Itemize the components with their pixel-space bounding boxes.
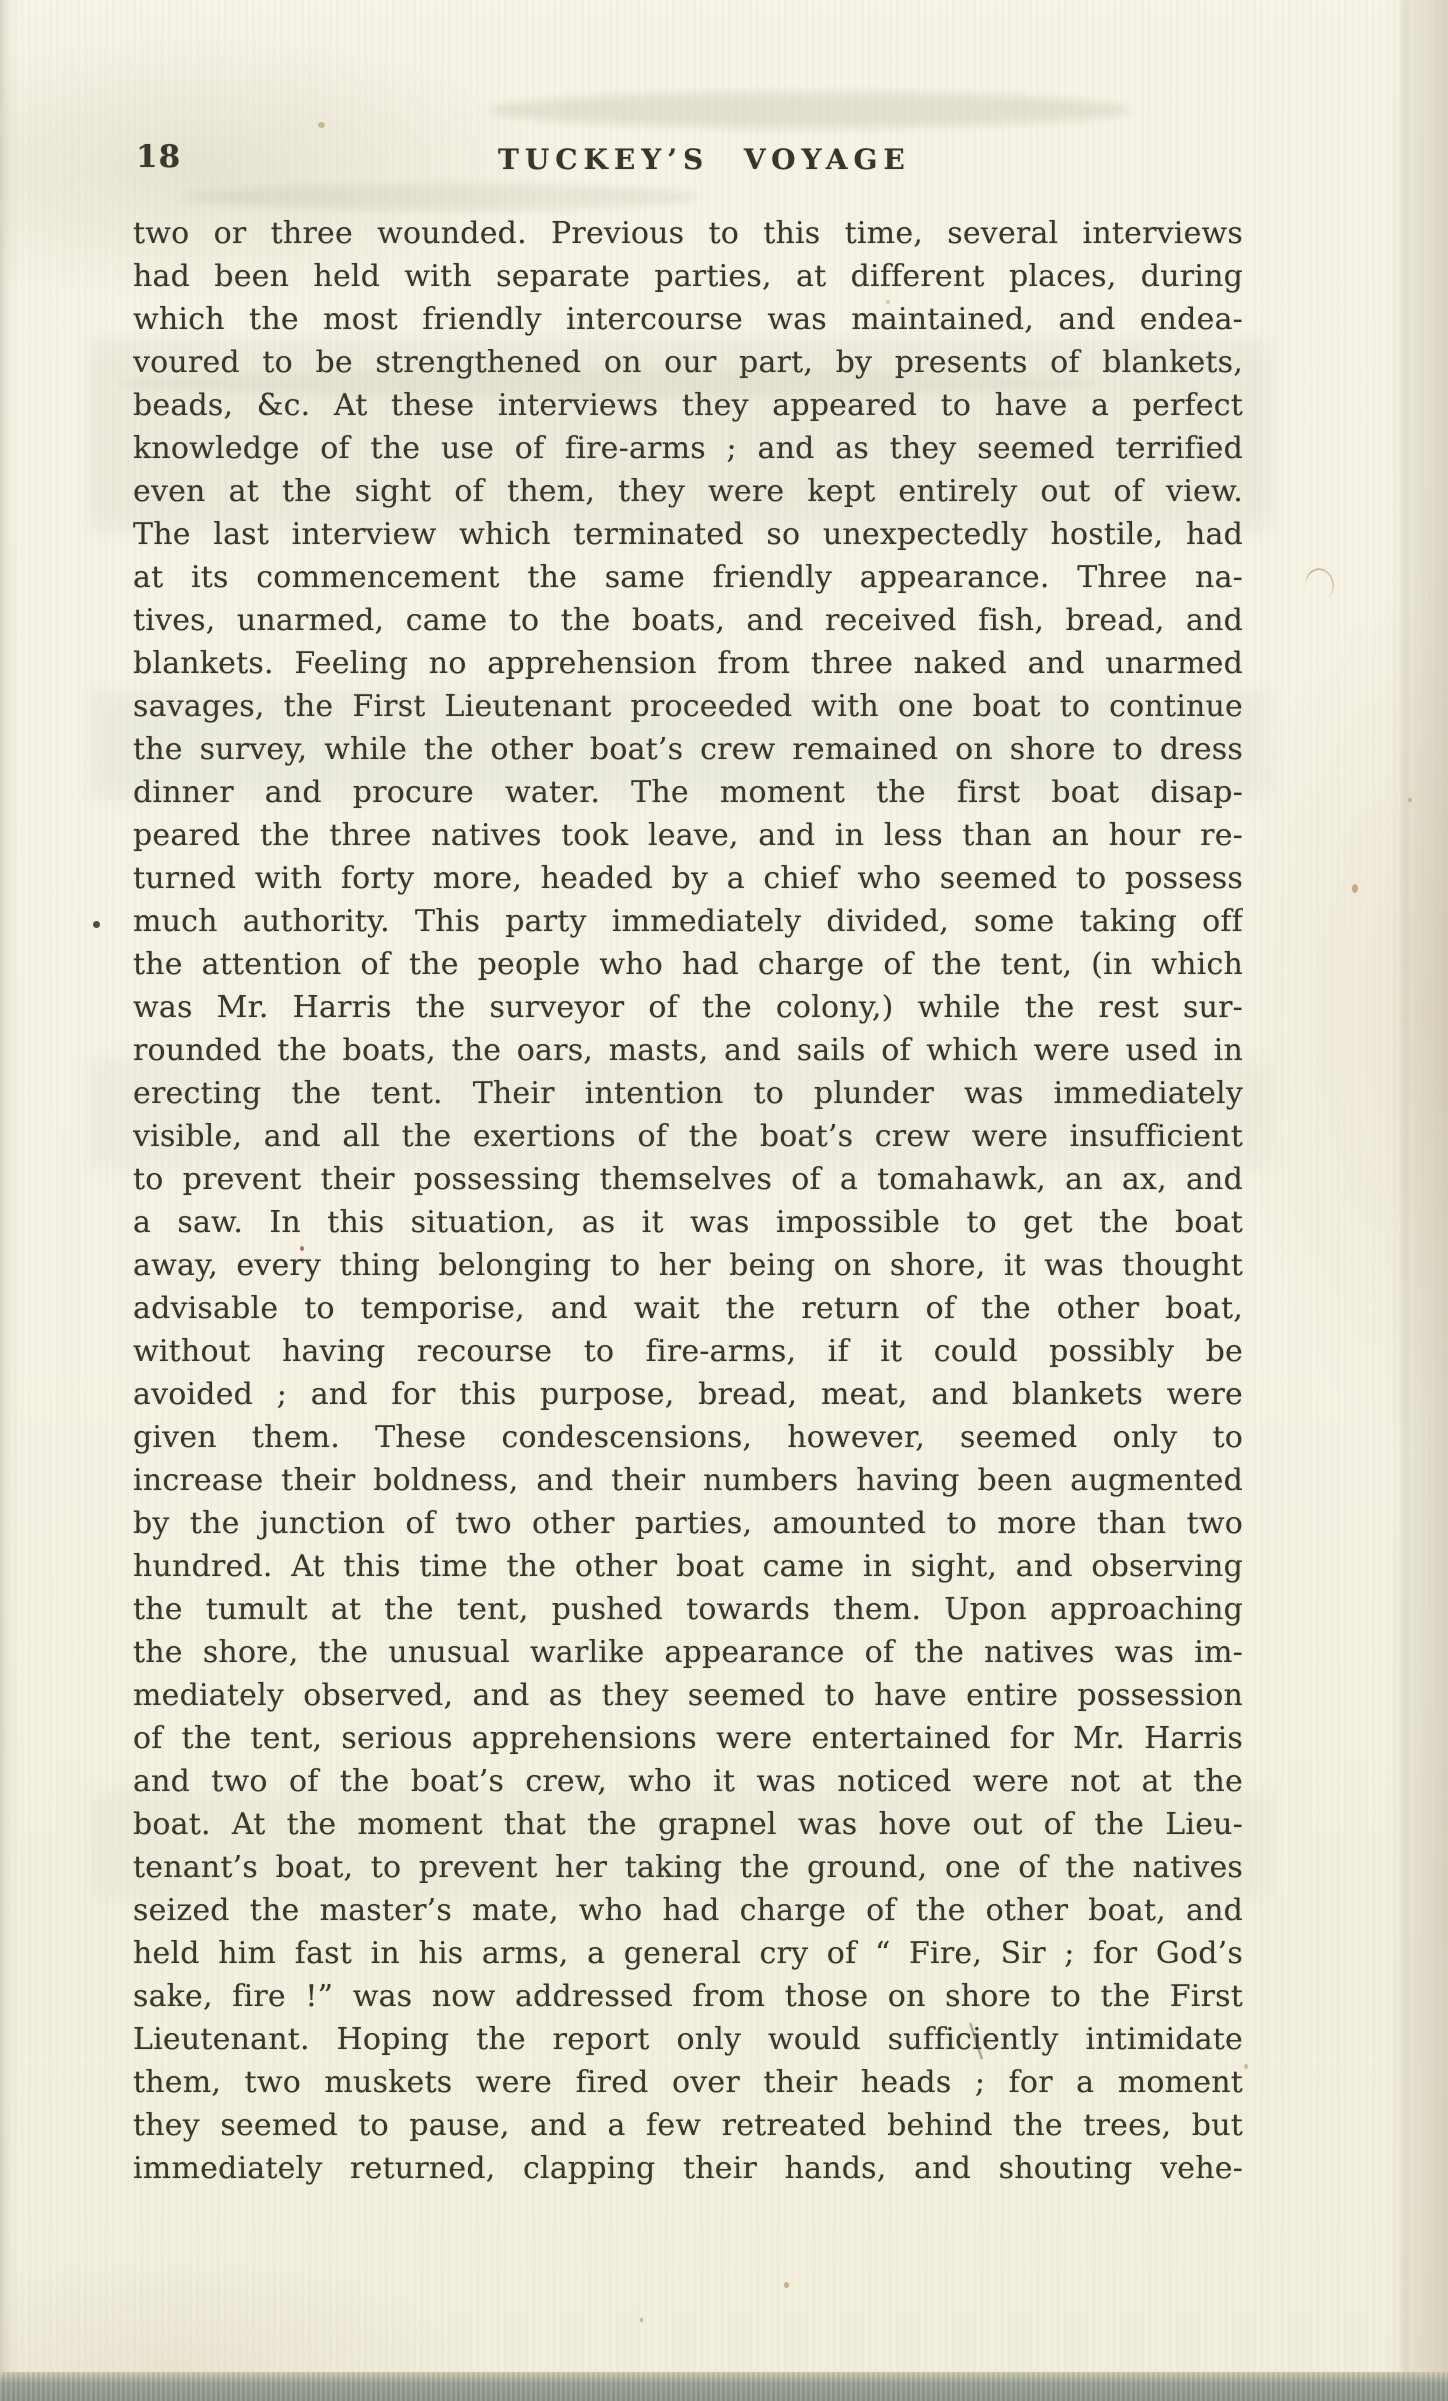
show-through-smudge [490, 92, 1130, 128]
text-line: much authority. This party immediately d… [133, 900, 1243, 943]
scanned-book-page: 18 TUCKEY’S VOYAGE two or three wounded.… [0, 0, 1448, 2401]
text-line: savages, the First Lieutenant proceeded … [133, 685, 1243, 728]
text-line: at its commencement the same friendly ap… [133, 556, 1243, 599]
text-line: advisable to temporise, and wait the ret… [133, 1287, 1243, 1330]
show-through-smudge [180, 184, 700, 210]
text-line: was Mr. Harris the surveyor of the colon… [133, 986, 1243, 1029]
text-line: to prevent their possessing themselves o… [133, 1158, 1243, 1201]
text-line: seized the master’s mate, who had charge… [133, 1889, 1243, 1932]
text-line: tives, unarmed, came to the boats, and r… [133, 599, 1243, 642]
text-line: a saw. In this situation, as it was impo… [133, 1201, 1243, 1244]
paper-speck [640, 2318, 643, 2322]
text-line: peared the three natives took leave, and… [133, 814, 1243, 857]
text-line: given them. These condescensions, howeve… [133, 1416, 1243, 1459]
text-line: and two of the boat’s crew, who it was n… [133, 1760, 1243, 1803]
text-line: immediately returned, clapping their han… [133, 2147, 1243, 2190]
text-line: blankets. Feeling no apprehension from t… [133, 642, 1243, 685]
text-line: by the junction of two other parties, am… [133, 1502, 1243, 1545]
text-line: voured to be strengthened on our part, b… [133, 341, 1243, 384]
text-line: knowledge of the use of fire-arms ; and … [133, 427, 1243, 470]
text-line: Lieutenant. Hoping the report only would… [133, 2018, 1243, 2061]
text-line: erecting the tent. Their intention to pl… [133, 1072, 1243, 1115]
text-line: avoided ; and for this purpose, bread, m… [133, 1373, 1243, 1416]
page-edge-shading [1388, 0, 1448, 2401]
scanner-bed-strip [0, 2372, 1448, 2401]
paper-speck [784, 2282, 789, 2288]
text-line: boat. At the moment that the grapnel was… [133, 1803, 1243, 1846]
text-line: hundred. At this time the other boat cam… [133, 1545, 1243, 1588]
text-line: The last interview which terminated so u… [133, 513, 1243, 556]
text-line: even at the sight of them, they were kep… [133, 470, 1243, 513]
text-line: the survey, while the other boat’s crew … [133, 728, 1243, 771]
text-line: turned with forty more, headed by a chie… [133, 857, 1243, 900]
paper-speck [1408, 798, 1412, 802]
text-line: the attention of the people who had char… [133, 943, 1243, 986]
page-number: 18 [136, 139, 181, 175]
text-line: the shore, the unusual warlike appearanc… [133, 1631, 1243, 1674]
running-title: TUCKEY’S VOYAGE [498, 143, 911, 176]
body-text: two or three wounded. Previous to this t… [133, 212, 1243, 2190]
text-line: two or three wounded. Previous to this t… [133, 212, 1243, 255]
paper-speck [1244, 2064, 1248, 2069]
text-line: of the tent, serious apprehensions were … [133, 1717, 1243, 1760]
text-line: beads, &c. At these interviews they appe… [133, 384, 1243, 427]
text-line: they seemed to pause, and a few retreate… [133, 2104, 1243, 2147]
text-line: visible, and all the exertions of the bo… [133, 1115, 1243, 1158]
text-line: tenant’s boat, to prevent her taking the… [133, 1846, 1243, 1889]
text-line: them, two muskets were fired over their … [133, 2061, 1243, 2104]
text-line: had been held with separate parties, at … [133, 255, 1243, 298]
page-crease [1404, 0, 1407, 2401]
text-line: which the most friendly intercourse was … [133, 298, 1243, 341]
paper-speck [318, 122, 325, 128]
text-line: held him fast in his arms, a general cry… [133, 1932, 1243, 1975]
text-line: without having recourse to fire-arms, if… [133, 1330, 1243, 1373]
text-line: the tumult at the tent, pushed towards t… [133, 1588, 1243, 1631]
text-line: sake, fire !” was now addressed from tho… [133, 1975, 1243, 2018]
text-line: mediately observed, and as they seemed t… [133, 1674, 1243, 1717]
text-line: dinner and procure water. The moment the… [133, 771, 1243, 814]
text-line: increase their boldness, and their numbe… [133, 1459, 1243, 1502]
text-line: away, every thing belonging to her being… [133, 1244, 1243, 1287]
paper-speck [1352, 884, 1358, 893]
ink-dot [93, 921, 100, 928]
paper-stain-curl [1301, 564, 1338, 604]
text-line: rounded the boats, the oars, masts, and … [133, 1029, 1243, 1072]
